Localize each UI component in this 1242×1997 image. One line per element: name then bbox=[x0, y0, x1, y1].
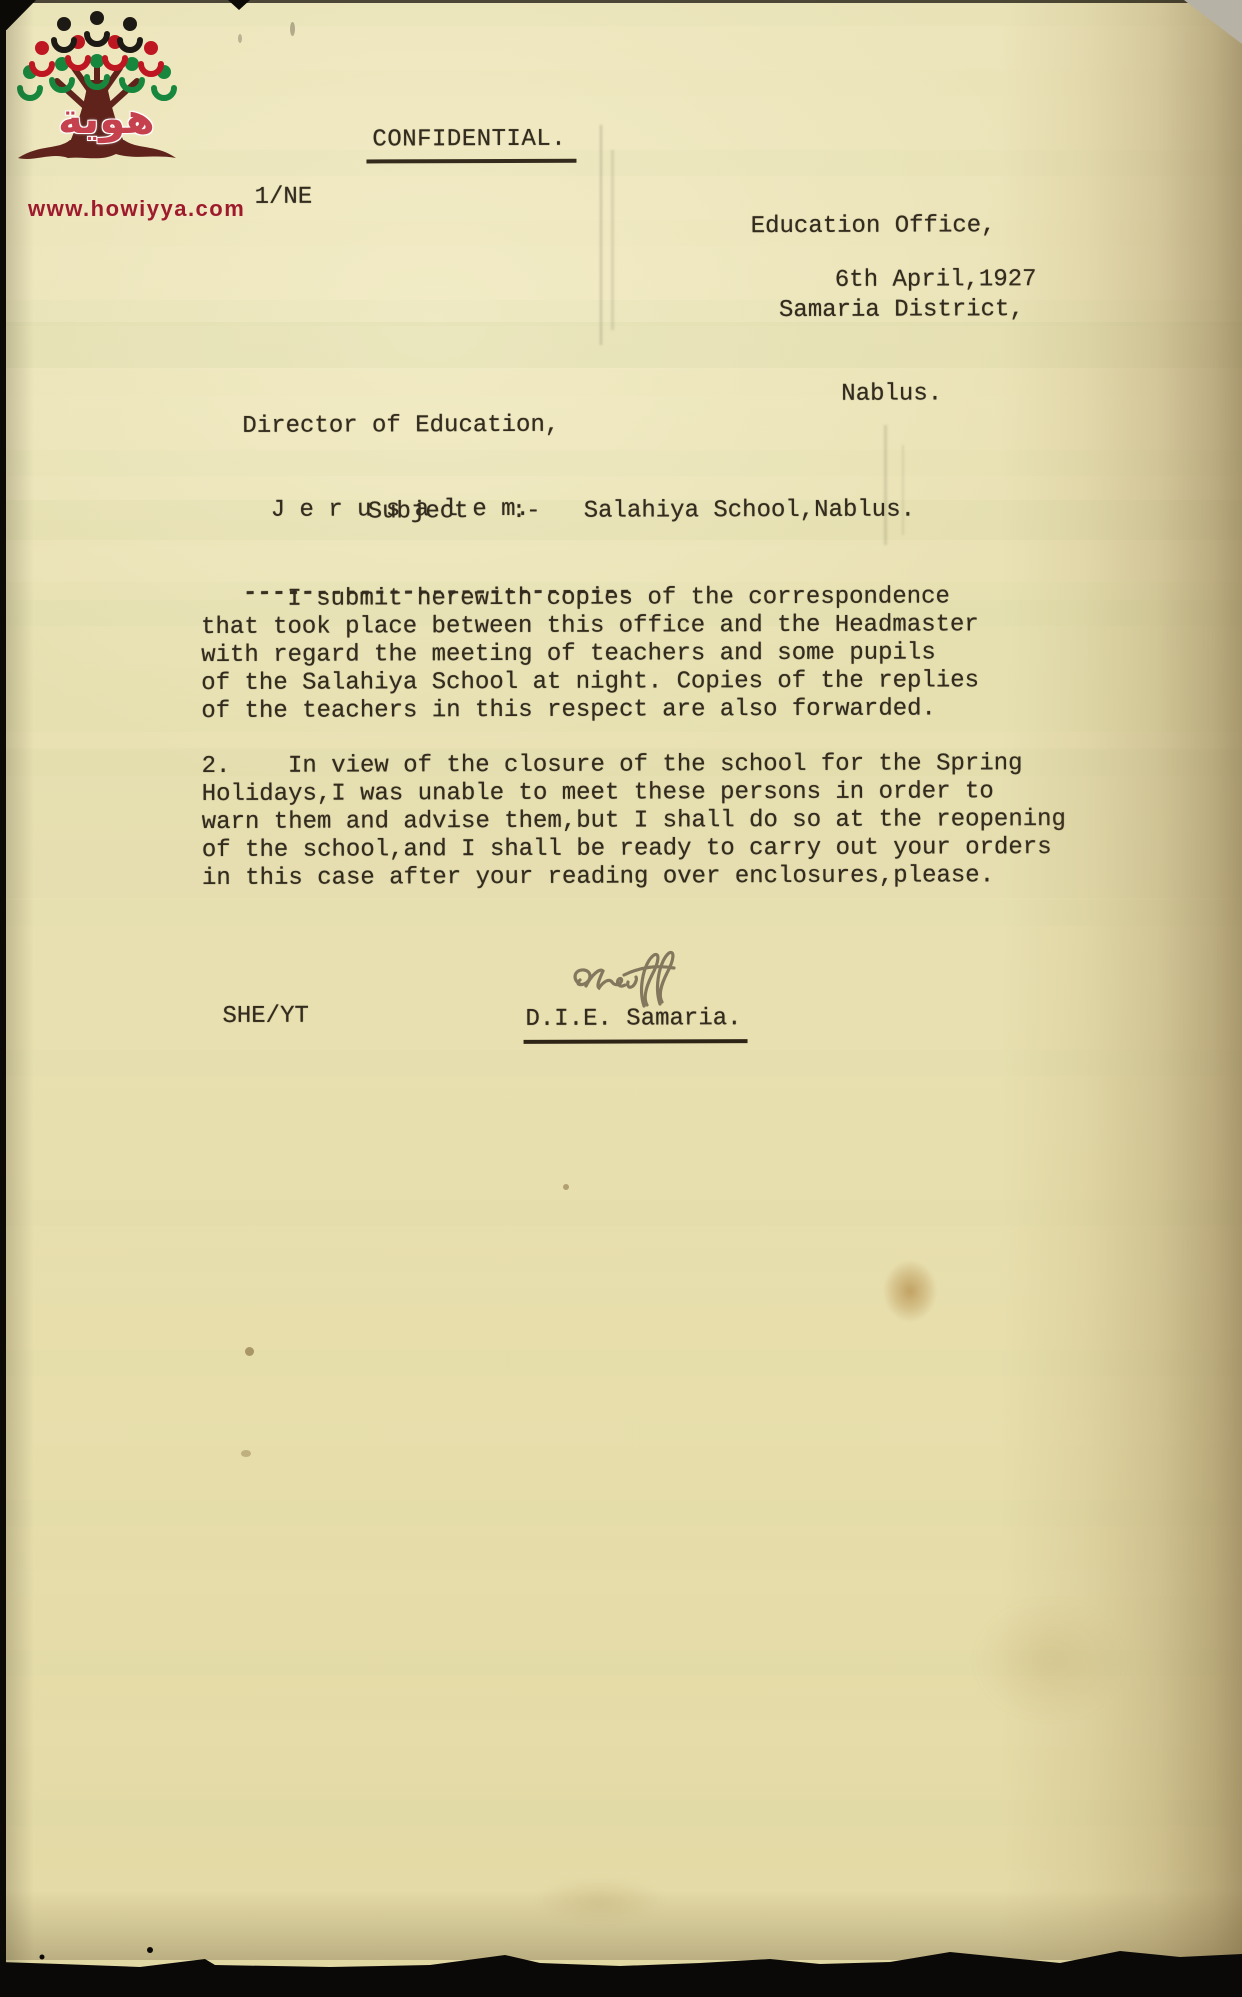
howiyya-tree-logo bbox=[12, 6, 182, 176]
body-text-line: I submit herewith copies of the correspo… bbox=[201, 583, 979, 614]
letter-date: 6th April,1927 bbox=[835, 266, 1037, 295]
body-text-line: warn them and advise them,but I shall do… bbox=[202, 806, 1066, 837]
addressee-line: Director of Education, bbox=[242, 412, 631, 441]
body-text-line: 2. In view of the closure of the school … bbox=[202, 750, 1066, 781]
typist-initials: SHE/YT bbox=[222, 1003, 309, 1031]
sender-address-line: Nablus. bbox=[841, 380, 1024, 409]
reference-number: 1/NE bbox=[255, 184, 313, 212]
howiyya-watermark: هوية www.howiyya.com bbox=[12, 6, 182, 181]
torn-edge-bottom bbox=[0, 1937, 1242, 1997]
body-text-line: in this case after your reading over enc… bbox=[202, 862, 1066, 893]
torn-edge-left bbox=[0, 0, 6, 1997]
logo-people-black bbox=[54, 11, 140, 50]
logo-arabic-text: هوية bbox=[58, 94, 155, 143]
watermark-url-text: www.howiyya.com bbox=[28, 196, 245, 222]
body-text-line: that took place between this office and … bbox=[201, 611, 979, 642]
body-paragraph-1: I submit herewith copies of the correspo… bbox=[201, 583, 979, 726]
body-text-line: of the Salahiya School at night. Copies … bbox=[201, 667, 979, 698]
classification-heading: CONFIDENTIAL. bbox=[366, 126, 576, 164]
sender-address-line: Samaria District, bbox=[779, 296, 1024, 325]
body-text-line: of the teachers in this respect are also… bbox=[201, 695, 979, 726]
body-text-line: Holidays,I was unable to meet these pers… bbox=[202, 778, 1066, 809]
torn-edge-top bbox=[0, 0, 1242, 3]
body-text-line: with regard the meeting of teachers and … bbox=[201, 639, 979, 670]
body-paragraph-2: 2. In view of the closure of the school … bbox=[202, 750, 1067, 893]
scanned-letter-page: هوية www.howiyya.com CONFIDENTIAL. 1/NE … bbox=[0, 0, 1242, 1997]
subject-line: Subject :- Salahiya School,Nablus. bbox=[368, 497, 915, 527]
sender-address: Education Office, Samaria District, Nabl… bbox=[750, 156, 1024, 465]
body-text-line: of the school,and I shall be ready to ca… bbox=[202, 834, 1066, 865]
sender-address-line: Education Office, bbox=[751, 212, 1024, 241]
handwritten-signature bbox=[562, 942, 692, 1017]
